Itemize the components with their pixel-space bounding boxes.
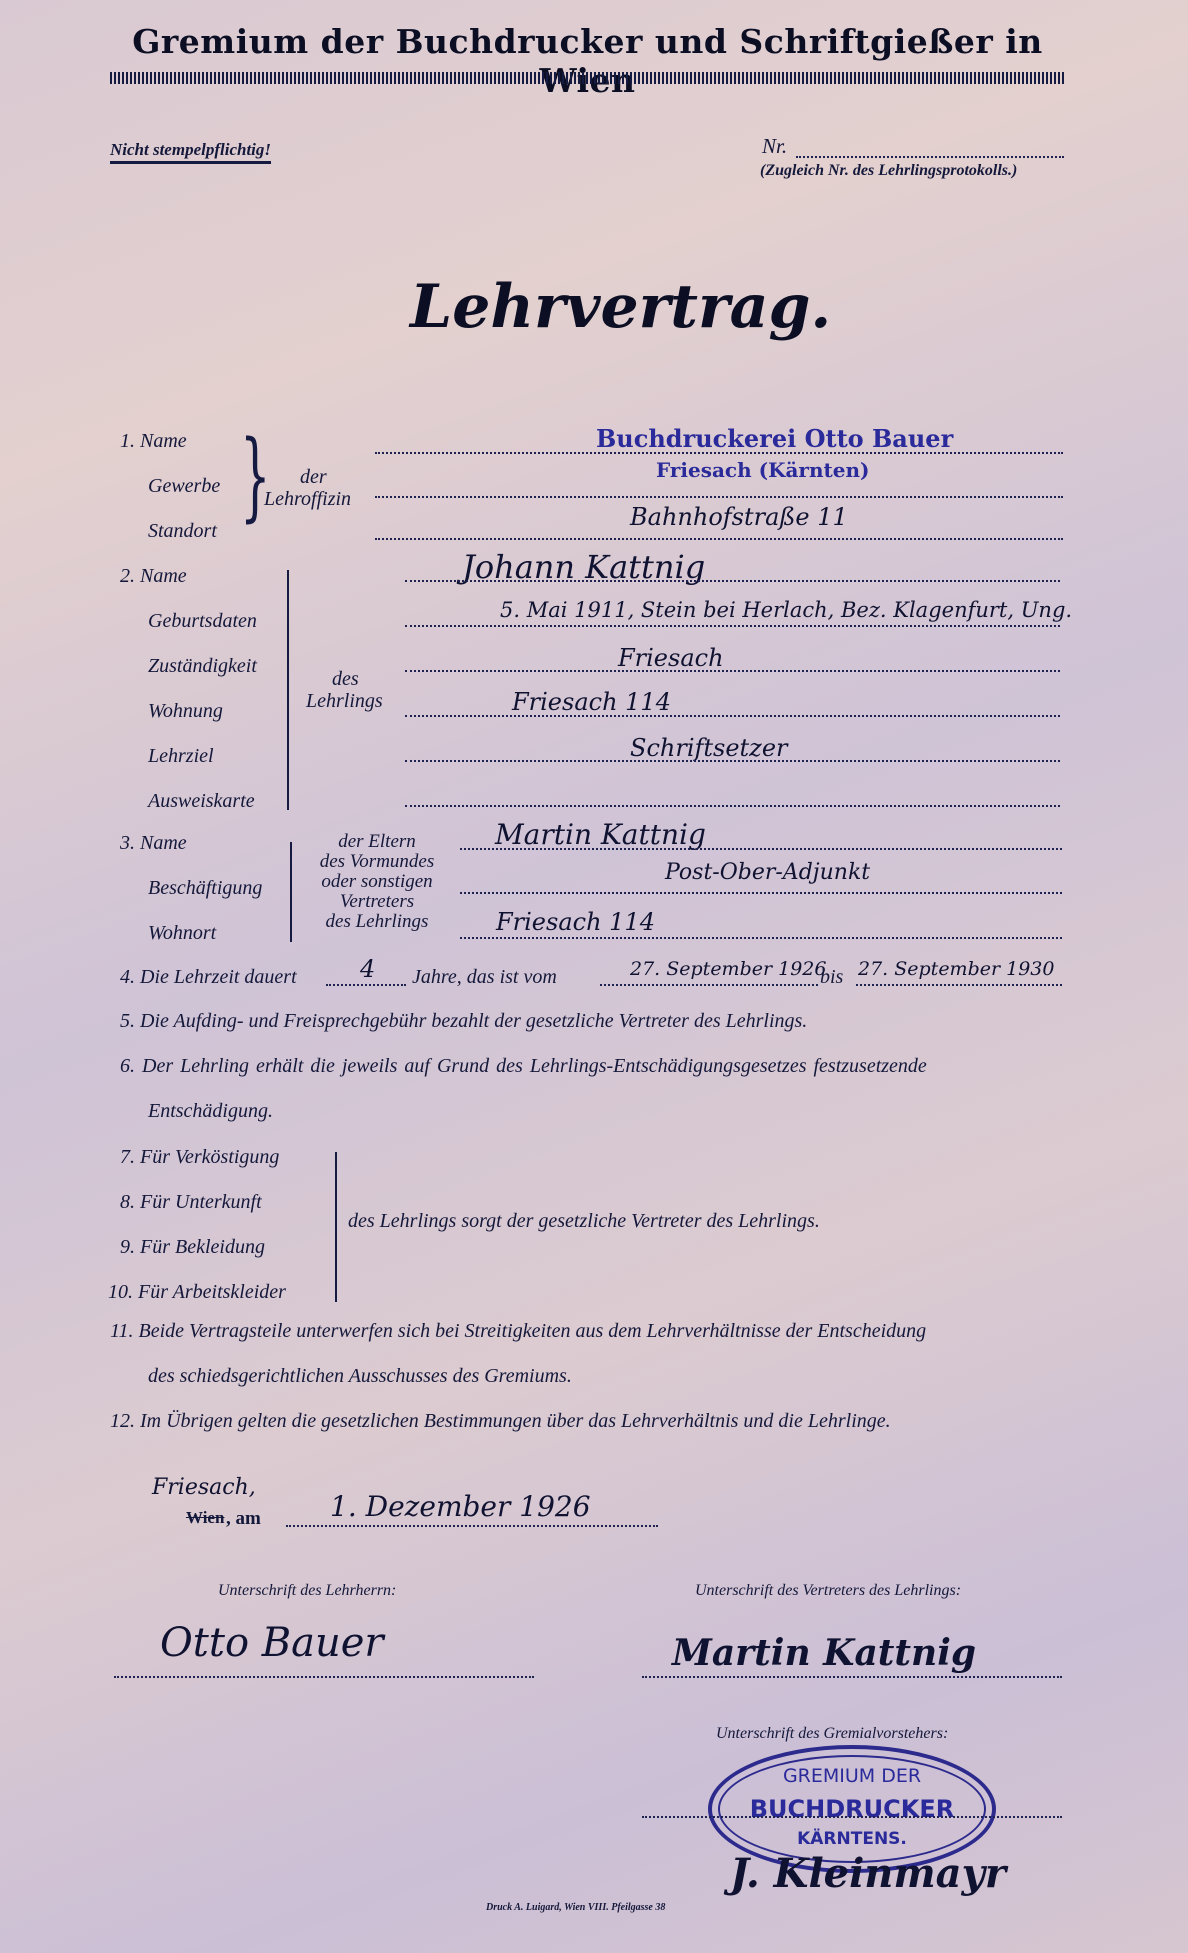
s2-lehrziel-field[interactable]	[405, 760, 1060, 762]
s2-bracket	[287, 570, 289, 810]
date-field[interactable]	[286, 1525, 658, 1527]
date-value: 1. Dezember 1926	[330, 1490, 591, 1523]
vorsteher-signature: J. Kleinmayr	[730, 1850, 1006, 1897]
s1-label-name: 1. Name	[120, 430, 187, 453]
clause-6-line1: 6. Der Lehrling erhält die jeweils auf G…	[120, 1055, 927, 1078]
s4-from-field[interactable]	[600, 984, 818, 986]
s3-bracket	[290, 842, 292, 942]
s3-group-labels: der Eltern des Vormundes oder sonstigen …	[302, 832, 452, 932]
number-label: Nr.	[762, 134, 787, 159]
s4-from-value: 27. September 1926	[630, 958, 826, 980]
clause-10: 10. Für Arbeitskleider	[108, 1281, 286, 1304]
s4-to-field[interactable]	[856, 984, 1062, 986]
stamp-line-2: BUCHDRUCKER	[712, 1795, 992, 1823]
issuer-title: Gremium der Buchdrucker und Schriftgieße…	[110, 22, 1065, 100]
place-printed-struck: Wien	[186, 1508, 224, 1528]
clause-12: 12. Im Übrigen gelten die gesetzlichen B…	[110, 1410, 891, 1433]
s3-group-label-2: des Vormundes	[302, 852, 452, 872]
s2-label-zustaendigkeit: Zuständigkeit	[148, 655, 257, 678]
s1-group-label-2: Lehroffizin	[264, 488, 351, 511]
s2-ausweiskarte-field[interactable]	[405, 805, 1060, 807]
clause-7-10-text: des Lehrlings sorgt der gesetzliche Vert…	[348, 1210, 820, 1233]
s2-label-ausweiskarte: Ausweiskarte	[148, 790, 255, 813]
clause-6-line2: Entschädigung.	[148, 1100, 273, 1123]
lehrherr-signature-field[interactable]	[114, 1676, 534, 1678]
vertreter-signature: Martin Kattnig	[672, 1632, 976, 1674]
clause-11-line1: 11. Beide Vertragsteile unterwerfen sich…	[110, 1320, 926, 1343]
s1-group-label-1: der	[300, 466, 327, 489]
s2-name-field[interactable]	[405, 580, 1060, 582]
vorsteher-signature-label: Unterschrift des Gremialvorstehers:	[716, 1725, 948, 1743]
s2-label-lehrziel: Lehrziel	[148, 745, 214, 768]
s2-group-label-1: des	[332, 668, 359, 691]
s1-label-gewerbe: Gewerbe	[148, 475, 220, 498]
s3-name-value: Martin Kattnig	[495, 818, 706, 851]
s4-years-value: 4	[360, 955, 375, 983]
s3-group-label-1: der Eltern	[302, 832, 452, 852]
s4-to-value: 27. September 1930	[858, 958, 1054, 980]
s2-geburtsdaten-value: 5. Mai 1911, Stein bei Herlach, Bez. Kla…	[500, 598, 1072, 622]
s1-name-stamp: Buchdruckerei Otto Bauer	[596, 424, 953, 453]
s3-group-label-3: oder sonstigen	[302, 872, 452, 892]
s2-lehrziel-value: Schriftsetzer	[630, 734, 788, 762]
clause-9: 9. Für Bekleidung	[120, 1236, 265, 1259]
s3-group-label-5: des Lehrlings	[302, 912, 452, 932]
s1-gewerbe-field[interactable]	[375, 496, 1063, 498]
s2-label-name: 2. Name	[120, 565, 187, 588]
header-decorative-rule	[110, 72, 1065, 84]
s3-wohnort-value: Friesach 114	[496, 908, 655, 936]
lehrherr-signature-label: Unterschrift des Lehrherrn:	[218, 1582, 396, 1600]
s3-label-wohnort: Wohnort	[148, 922, 216, 945]
s1-label-standort: Standort	[148, 520, 217, 543]
number-field[interactable]	[796, 156, 1064, 158]
clause-7-10-bracket	[335, 1152, 337, 1302]
clause-5: 5. Die Aufding- und Freisprechgebühr bez…	[120, 1010, 807, 1033]
s3-wohnort-field[interactable]	[460, 937, 1062, 939]
stamp-line-3: KÄRNTENS.	[712, 1829, 992, 1849]
s2-wohnung-field[interactable]	[405, 715, 1060, 717]
s3-label-beschaeftigung: Beschäftigung	[148, 877, 262, 900]
s3-name-field[interactable]	[460, 848, 1062, 850]
s2-zustaendigkeit-value: Friesach	[618, 644, 724, 672]
s1-gewerbe-stamp: Friesach (Kärnten)	[656, 458, 869, 482]
s2-wohnung-value: Friesach 114	[512, 688, 671, 716]
document-title: Lehrvertrag.	[410, 272, 831, 342]
s4-mid: Jahre, das ist vom	[412, 966, 557, 989]
s3-beschaeftigung-field[interactable]	[460, 892, 1062, 894]
s2-label-wohnung: Wohnung	[148, 700, 223, 723]
vorsteher-signature-field[interactable]	[642, 1816, 1062, 1818]
vertreter-signature-label: Unterschrift des Vertreters des Lehrling…	[695, 1582, 961, 1600]
s3-label-name: 3. Name	[120, 832, 187, 855]
stamp-exempt-notice: Nicht stempelpflichtig!	[110, 140, 271, 164]
place-am: , am	[226, 1508, 261, 1530]
s3-beschaeftigung-value: Post-Ober-Adjunkt	[665, 860, 870, 885]
lehrherr-signature: Otto Bauer	[160, 1620, 384, 1666]
clause-7: 7. Für Verköstigung	[120, 1146, 279, 1169]
vertreter-signature-field[interactable]	[642, 1676, 1062, 1678]
clause-8: 8. Für Unterkunft	[120, 1191, 262, 1214]
s1-standort-value: Bahnhofstraße 11	[630, 503, 848, 531]
stamp-line-1: GREMIUM DER	[712, 1765, 992, 1787]
number-subtext: (Zugleich Nr. des Lehrlingsprotokolls.)	[760, 162, 1017, 180]
s1-standort-field[interactable]	[375, 538, 1063, 540]
s4-prefix: 4. Die Lehrzeit dauert	[120, 966, 297, 989]
s2-geburtsdaten-field[interactable]	[405, 625, 1060, 627]
s2-zustaendigkeit-field[interactable]	[405, 670, 1060, 672]
s2-label-geburtsdaten: Geburtsdaten	[148, 610, 257, 633]
clause-11-line2: des schiedsgerichtlichen Ausschusses des…	[148, 1365, 572, 1388]
s2-group-label-2: Lehrlings	[306, 690, 383, 713]
s4-bis: bis	[820, 966, 843, 989]
printer-imprint: Druck A. Luigard, Wien VIII. Pfeilgasse …	[486, 1902, 665, 1913]
s3-group-label-4: Vertreters	[302, 892, 452, 912]
s4-years-field[interactable]	[326, 984, 406, 986]
place-handwritten: Friesach,	[152, 1475, 256, 1500]
